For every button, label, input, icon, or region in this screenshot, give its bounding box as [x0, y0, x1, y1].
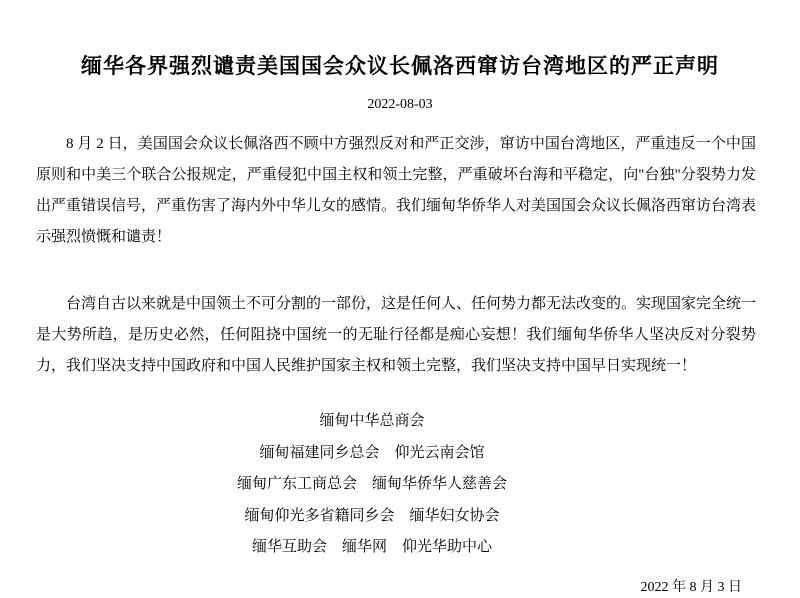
signatory-line-2: 缅甸福建同乡总会 仰光云南会馆: [0, 438, 744, 470]
statement-paragraph-2: 台湾自古以来就是中国领土不可分割的一部份，这是任何人、任何势力都无法改变的。实现…: [36, 289, 756, 382]
signatory-line-4: 缅甸仰光多省籍同乡会 缅华妇女协会: [0, 501, 744, 533]
statement-document-page: 缅华各界强烈谴责美国国会众议长佩洛西窜访台湾地区的严正声明 2022-08-03…: [0, 0, 800, 598]
signatory-list: 缅甸中华总商会 缅甸福建同乡总会 仰光云南会馆 缅甸广东工商总会 缅甸华侨华人慈…: [0, 406, 800, 564]
signatory-line-3: 缅甸广东工商总会 缅甸华侨华人慈善会: [0, 469, 744, 501]
signatory-line-5: 缅华互助会 缅华网 仰光华助中心: [0, 532, 744, 564]
statement-body: 8 月 2 日，美国国会众议长佩洛西不顾中方强烈反对和严正交涉，窜访中国台湾地区…: [0, 129, 800, 382]
signatory-line-1: 缅甸中华总商会: [0, 406, 744, 438]
statement-title: 缅华各界强烈谴责美国国会众议长佩洛西窜访台湾地区的严正声明: [0, 0, 800, 81]
publish-date: 2022-08-03: [0, 97, 800, 112]
statement-paragraph-1: 8 月 2 日，美国国会众议长佩洛西不顾中方强烈反对和严正交涉，窜访中国台湾地区…: [36, 129, 756, 253]
signature-date: 2022 年 8 月 3 日: [0, 580, 800, 595]
